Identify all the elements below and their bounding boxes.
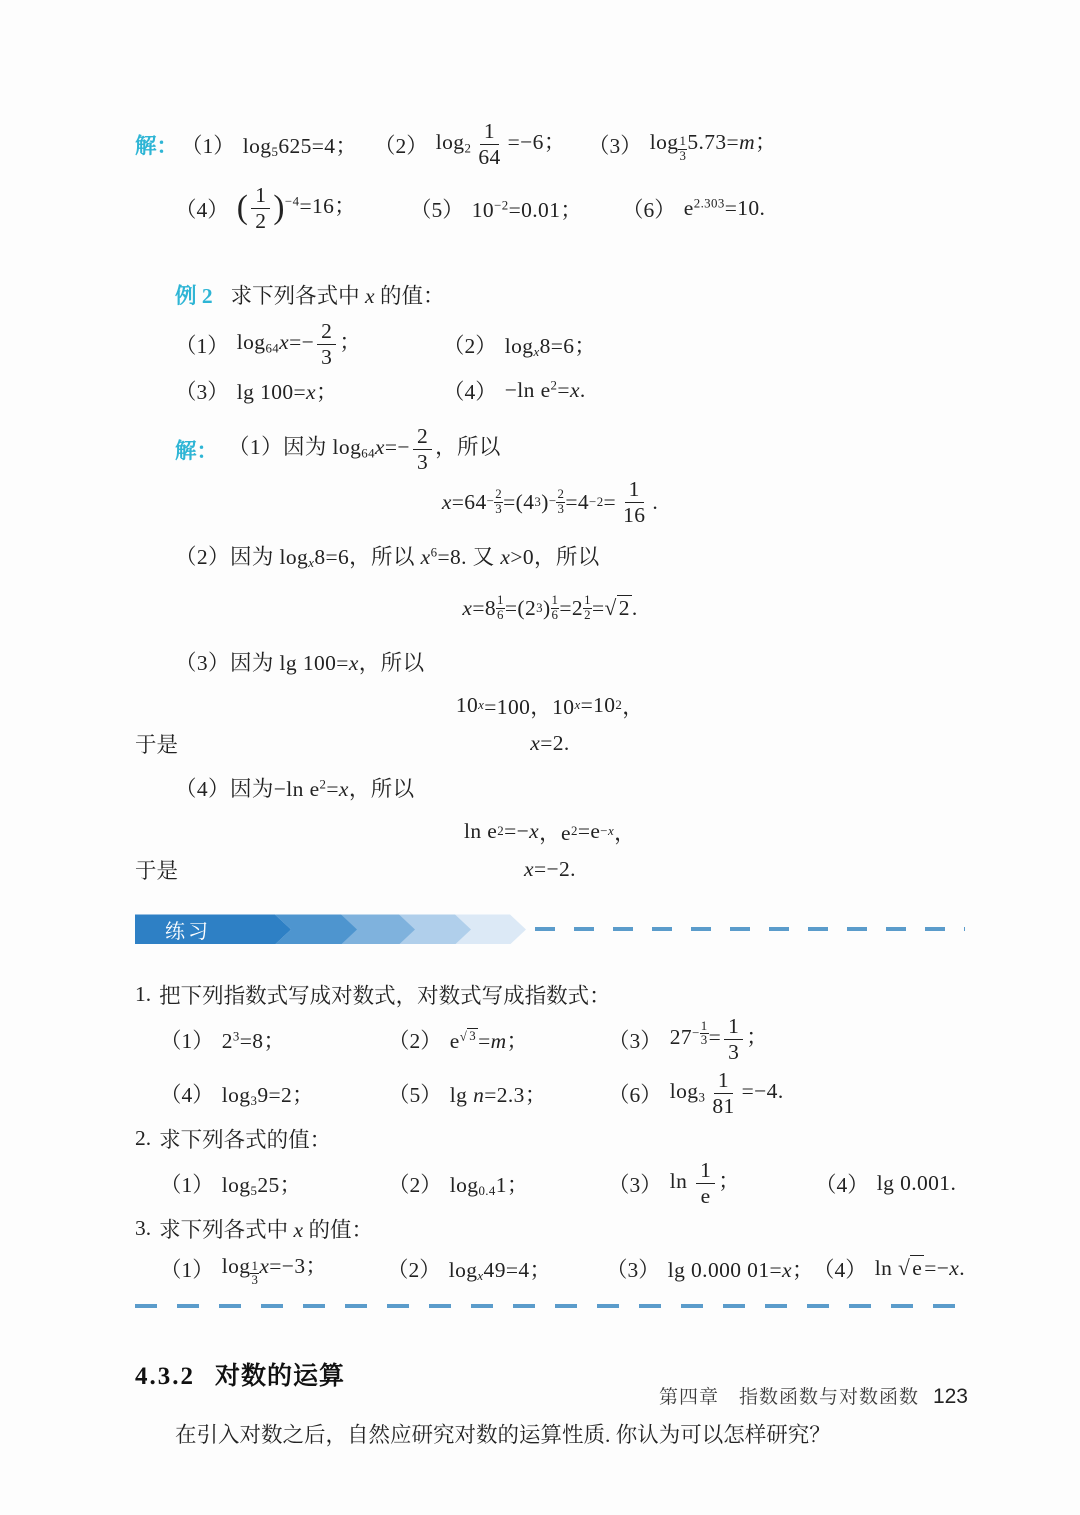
example2-label: 例 2 [175, 279, 213, 310]
exercise-row: （1） log13x=−3； （2） logx49=4； （3） lg 0.00… [160, 1246, 965, 1290]
solution-item: （6） e2.303=10. [622, 193, 765, 224]
section-title: 对数的运算 [215, 1356, 345, 1392]
math-expression: log64x=−23； [237, 319, 361, 369]
section-paragraph: 在引入对数之后，自然应研究对数的运算性质. 你认为可以怎样研究？ [135, 1418, 965, 1449]
math-expression: log13x=−3； [222, 1249, 328, 1287]
exercise-items: （1） log13x=−3； （2） logx49=4； （3） lg 0.00… [135, 1246, 965, 1290]
example2-row: （3） lg 100=x； （4） −ln e2=x. [135, 370, 965, 410]
exercise-item: （5） lg n=2.3； [388, 1078, 608, 1109]
example2-item: （1） log64x=−23； [175, 319, 443, 369]
practice-banner-label: 练习 [165, 915, 211, 944]
math-expression: log2164=−6； [436, 119, 566, 169]
practice-banner-tab: 练习 [135, 914, 291, 944]
solution-label: 解： [135, 129, 181, 160]
exercise-title: 3. 求下列各式中 x 的值： [135, 1210, 965, 1246]
solution-row: （4） (12)−4=16； （5） 10−2=0.01； （6） e2.303… [135, 176, 965, 240]
solution-step-lead: （3）因为 lg 100=x，所以 [135, 636, 965, 686]
example2-heading: 例 2 求下列各式中 x 的值： [135, 274, 965, 314]
math-expression: ln 1e； [670, 1158, 740, 1208]
solution-step-lead: 解： （1）因为 log64x=−23，所以 [135, 424, 965, 474]
exercise-row: （1） 23=8； （2） e√3=m； （3） 27−13=13； [160, 1012, 965, 1066]
solution-item: （1） log5625=4； [181, 129, 374, 160]
exercise-title: 1. 把下列指数式写成对数式，对数式写成指数式： [135, 976, 965, 1012]
math-expression: log135.73=m； [650, 125, 777, 163]
section-number: 4.3.2 [135, 1363, 195, 1391]
banner-dashed-rule [535, 927, 965, 931]
centered-equation: x=−2. [524, 857, 576, 882]
exercise-1: 1. 把下列指数式写成对数式，对数式写成指数式： （1） 23=8； （2） e… [135, 976, 965, 1120]
centered-equation: ln e2=−x，e2=e−x， [135, 812, 965, 850]
math-expression: e√3=m； [450, 1024, 529, 1055]
practice-banner: 练习 [135, 914, 965, 944]
solution-step-lead: （4）因为−ln e2=x，所以 [135, 762, 965, 812]
math-expression: log39=2； [222, 1078, 314, 1109]
exercise-item: （4） lg 0.001. [815, 1168, 956, 1199]
math-expression: logx8=6； [505, 329, 597, 360]
footer-page-number: 123 [933, 1385, 968, 1409]
math-expression: lg 0.000 01=x； [668, 1253, 814, 1284]
exercise-item: （6） log3181=−4. [608, 1068, 784, 1118]
exercise-number: 1. [135, 982, 151, 1007]
math-expression: log3181=−4. [670, 1068, 784, 1118]
exercise-number: 2. [135, 1126, 151, 1151]
centered-equation: x=816=(23)16=212=√2. [135, 580, 965, 636]
exercise-item: （2） log0.41； [388, 1168, 608, 1199]
exercise-title: 2. 求下列各式的值： [135, 1120, 965, 1156]
math-expression: ln √e=−x. [875, 1256, 965, 1281]
math-expression: log0.41； [450, 1168, 529, 1199]
example2-item: （3） lg 100=x； [175, 375, 443, 406]
solution-row: 解： （1） log5625=4； （2） log2164=−6； （3） lo… [135, 112, 965, 176]
conclusion-label: 于是 [135, 728, 178, 759]
exercise-3: 3. 求下列各式中 x 的值： （1） log13x=−3； （2） logx4… [135, 1210, 965, 1290]
textbook-page: 解： （1） log5625=4； （2） log2164=−6； （3） lo… [0, 0, 1080, 1515]
conclusion-line: 于是 x=2. [135, 724, 965, 762]
exercise-item: （4） ln √e=−x. [813, 1253, 965, 1284]
solution-item: （5） 10−2=0.01； [410, 193, 622, 224]
exercise-row: （1） log525； （2） log0.41； （3） ln 1e； （4） … [160, 1156, 965, 1210]
example2-item: （2） logx8=6； [443, 329, 596, 360]
section-dashed-divider [135, 1304, 965, 1308]
math-expression: lg 100=x； [237, 375, 338, 406]
conclusion-label: 于是 [135, 854, 178, 885]
centered-equation: 10x=100，10x=102， [135, 686, 965, 724]
math-expression: log525； [222, 1168, 302, 1199]
conclusion-line: 于是 x=−2. [135, 850, 965, 888]
solution-item: （2） log2164=−6； [374, 119, 588, 169]
footer-chapter-title: 第四章 指数函数与对数函数 [659, 1382, 919, 1409]
exercise-row: （4） log39=2； （5） lg n=2.3； （6） log3181=−… [160, 1066, 965, 1120]
centered-equation: x=64−23=(43)−23=4−2=116. [135, 474, 965, 530]
example2-solution: 解： （1）因为 log64x=−23，所以 x=64−23=(43)−23=4… [135, 424, 965, 888]
exercise-item: （1） log13x=−3； [160, 1249, 387, 1287]
math-expression: (12)−4=16； [237, 183, 356, 233]
exercise-item: （1） log525； [160, 1168, 388, 1199]
page-content: 解： （1） log5625=4； （2） log2164=−6； （3） lo… [135, 112, 965, 1449]
exercise-item: （3） 27−13=13； [608, 1014, 768, 1064]
solution-label: 解： [175, 434, 218, 465]
exercise-number: 3. [135, 1216, 151, 1241]
exercise-item: （3） lg 0.000 01=x； [606, 1253, 813, 1284]
example2-item: （4） −ln e2=x. [443, 375, 586, 406]
math-expression: lg n=2.3； [450, 1078, 547, 1109]
math-expression: e2.303=10. [684, 196, 766, 221]
solution-step-lead: （2）因为 logx8=6，所以 x6=8. 又 x>0，所以 [135, 530, 965, 580]
solution-item: （4） (12)−4=16； [175, 183, 410, 233]
exercise-items: （1） 23=8； （2） e√3=m； （3） 27−13=13； （4） [135, 1012, 965, 1120]
page-footer: 第四章 指数函数与对数函数 123 [659, 1382, 968, 1409]
math-expression: log5625=4； [243, 129, 358, 160]
exercise-2: 2. 求下列各式的值： （1） log525； （2） log0.41； （3）… [135, 1120, 965, 1210]
exercise-item: （1） 23=8； [160, 1024, 388, 1055]
math-expression: 27−13=13； [670, 1014, 768, 1064]
exercise-item: （2） e√3=m； [388, 1024, 608, 1055]
exercise-item: （2） logx49=4； [387, 1253, 606, 1284]
example1-solution: 解： （1） log5625=4； （2） log2164=−6； （3） lo… [135, 112, 965, 240]
example2: 例 2 求下列各式中 x 的值： （1） log64x=−23； （2） log… [135, 274, 965, 410]
math-expression: −ln e2=x. [505, 378, 586, 403]
solution-item: （3） log135.73=m； [588, 125, 777, 163]
exercise-item: （3） ln 1e； [608, 1158, 815, 1208]
example2-intro: 求下列各式中 x 的值： [231, 279, 445, 310]
example2-row: （1） log64x=−23； （2） logx8=6； [135, 318, 965, 370]
math-expression: logx49=4； [449, 1253, 552, 1284]
centered-equation: x=2. [530, 731, 569, 756]
math-expression: 23=8； [222, 1024, 286, 1055]
exercise-items: （1） log525； （2） log0.41； （3） ln 1e； （4） … [135, 1156, 965, 1210]
math-expression: 10−2=0.01； [472, 193, 582, 224]
exercise-item: （4） log39=2； [160, 1078, 388, 1109]
math-expression: lg 0.001. [877, 1171, 956, 1196]
